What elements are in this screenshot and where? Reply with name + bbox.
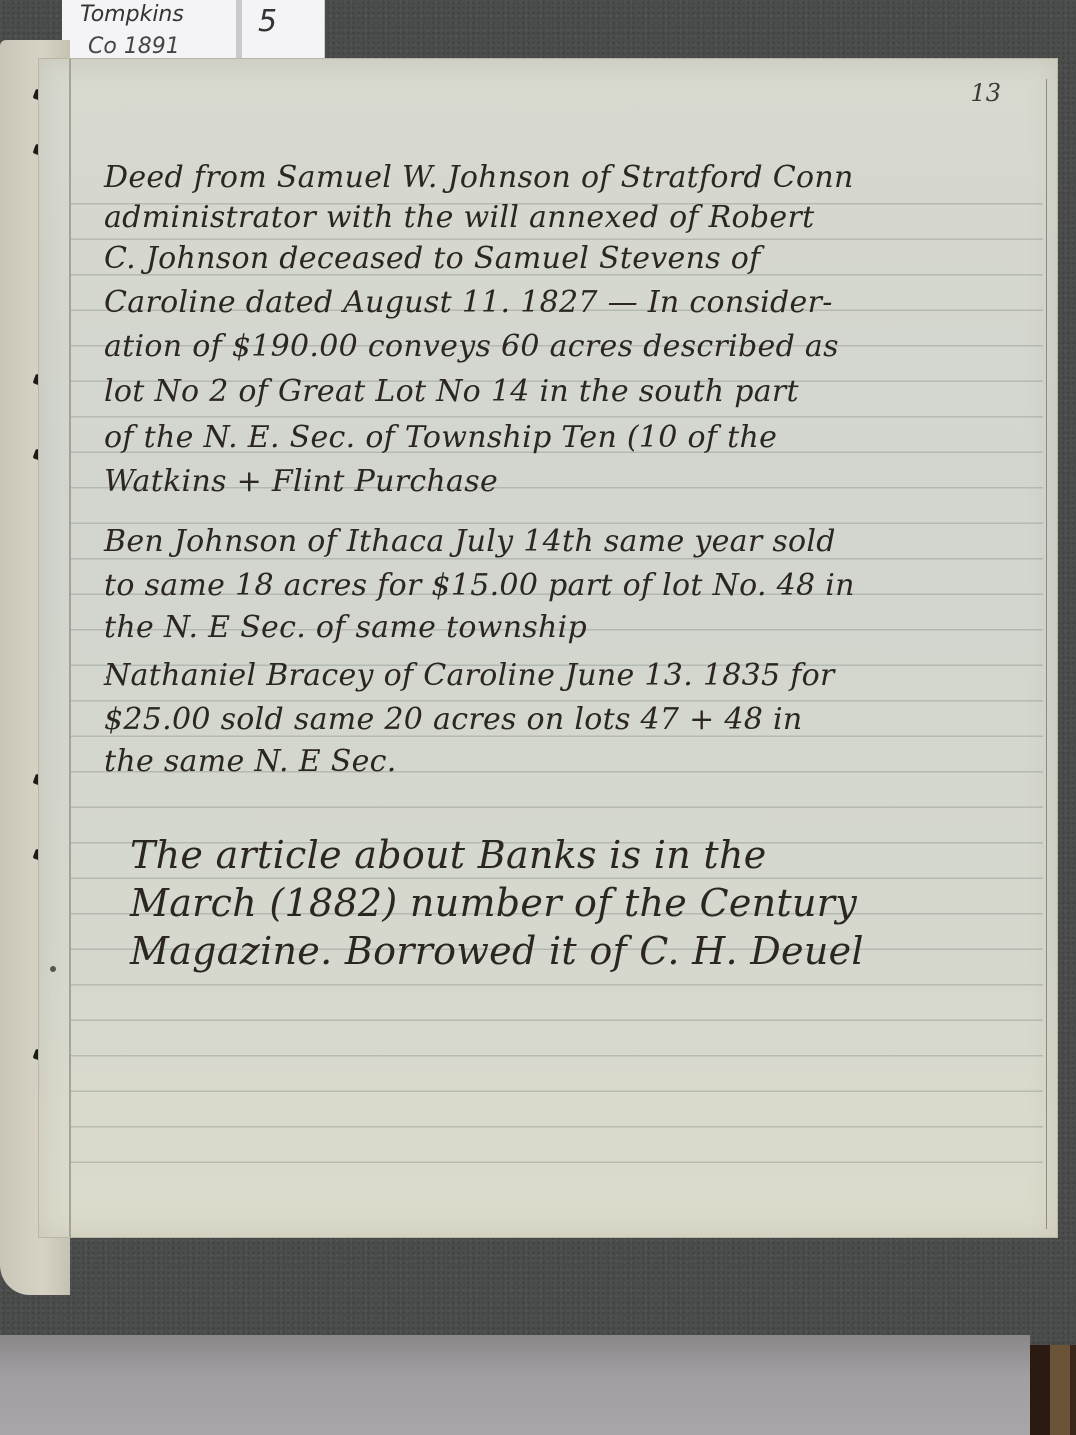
label-number: 5	[258, 4, 277, 39]
handwritten-line: the same N. E Sec.	[104, 742, 397, 783]
handwritten-line: The article about Banks is in the	[130, 832, 767, 878]
handwritten-line: Deed from Samuel W. Johnson of Stratford…	[104, 158, 854, 199]
handwritten-line: Nathaniel Bracey of Caroline June 13. 18…	[104, 656, 835, 697]
label-divider	[236, 0, 242, 60]
table-surface	[0, 1335, 1030, 1435]
paper-blemish	[106, 676, 109, 679]
page-number: 13	[970, 79, 1001, 107]
handwritten-line: to same 18 acres for $15.00 part of lot …	[104, 566, 855, 607]
handwritten-line: Ben Johnson of Ithaca July 14th same yea…	[104, 522, 836, 563]
handwritten-line: Watkins + Flint Purchase	[104, 462, 498, 503]
handwritten-line: March (1882) number of the Century	[130, 880, 857, 926]
handwritten-line: of the N. E. Sec. of Township Ten (10 of…	[104, 418, 777, 459]
handwritten-line: Caroline dated August 11. 1827 — In cons…	[104, 283, 833, 324]
handwritten-line: the N. E Sec. of same township	[104, 608, 587, 649]
handwritten-line: C. Johnson deceased to Samuel Stevens of	[104, 239, 761, 280]
paper-blemish	[50, 966, 56, 972]
index-label-card: Tompkins Co 1891 5	[62, 0, 325, 60]
handwritten-line: ation of $190.00 conveys 60 acres descri…	[104, 327, 839, 368]
handwritten-line: lot No 2 of Great Lot No 14 in the south…	[104, 372, 799, 413]
label-subtitle: Co 1891	[88, 34, 180, 59]
label-county: Tompkins	[80, 2, 184, 27]
handwritten-line: $25.00 sold same 20 acres on lots 47 + 4…	[104, 700, 803, 741]
book-spine-edge	[1030, 1345, 1076, 1435]
handwritten-line: Magazine. Borrowed it of C. H. Deuel	[130, 928, 864, 974]
handwritten-line: administrator with the will annexed of R…	[104, 198, 814, 239]
